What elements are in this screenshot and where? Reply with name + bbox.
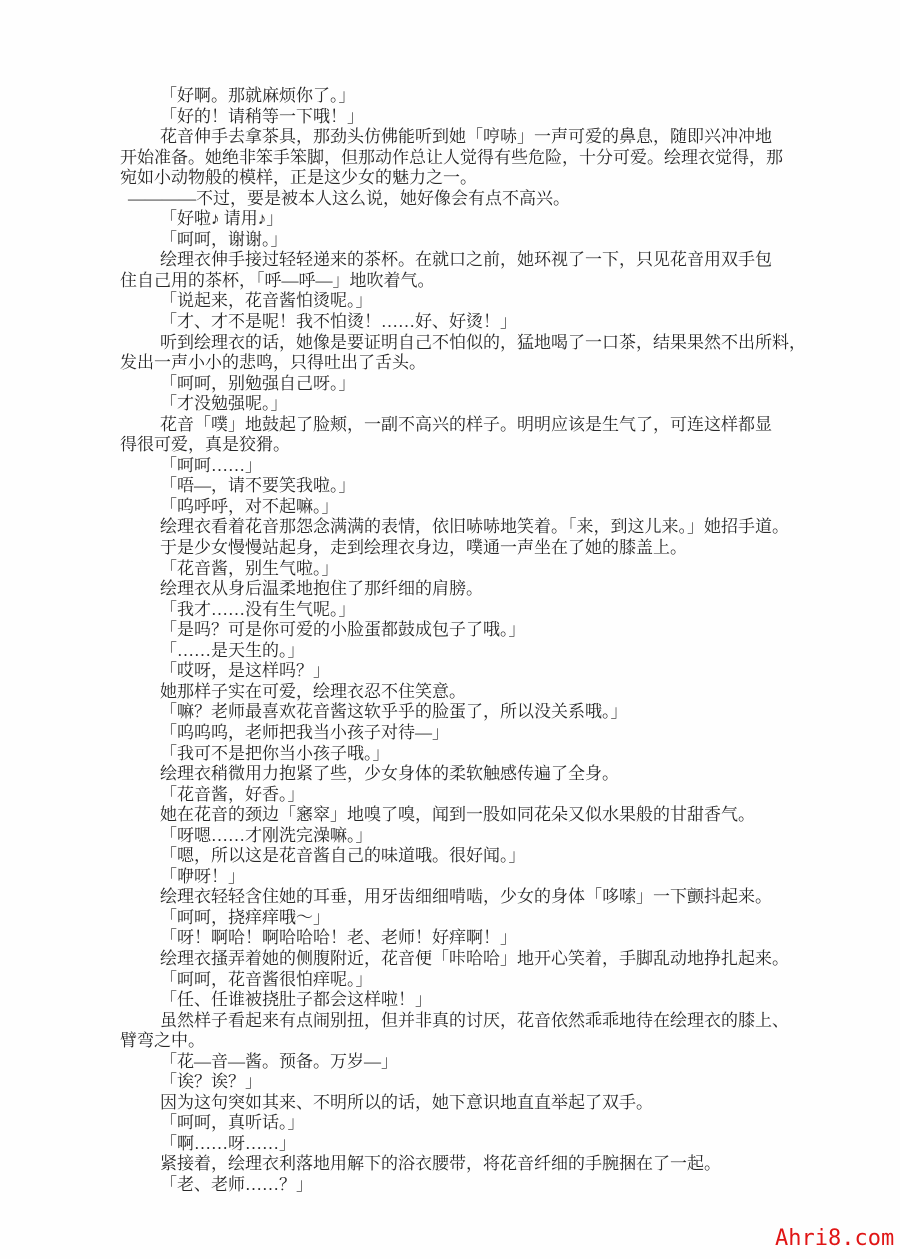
- text-line: 「任、任谁被挠肚子都会这样啦！」: [120, 990, 820, 1011]
- text-line: 「嘛？老师最喜欢花音酱这软乎乎的脸蛋了，所以没关系哦。」: [120, 702, 820, 723]
- text-line: 「呵呵，挠痒痒哦～」: [120, 908, 820, 929]
- text-line: 「花音酱，别生气啦。」: [120, 559, 820, 580]
- text-line: 于是少女慢慢站起身，走到绘理衣身边，噗通一声坐在了她的膝盖上。: [120, 538, 820, 559]
- text-line: 得很可爱，真是狡猾。: [120, 435, 820, 456]
- text-line: 开始准备。她绝非笨手笨脚，但那动作总让人觉得有些危险，十分可爱。绘理衣觉得，那: [120, 148, 820, 169]
- text-line: 「……是天生的。」: [120, 641, 820, 662]
- text-line: 「唔—，请不要笑我啦。」: [120, 476, 820, 497]
- scanned-book-page: 「好啊。那就麻烦你了。」「好的！请稍等一下哦！」花音伸手去拿茶具，那劲头仿佛能听…: [0, 0, 900, 1259]
- text-line: 「呜呼呼，对不起嘛。」: [120, 497, 820, 518]
- text-line: 「呵呵，别勉强自己呀。」: [120, 374, 820, 395]
- text-line: 「花音酱，好香。」: [120, 785, 820, 806]
- novel-text: 「好啊。那就麻烦你了。」「好的！请稍等一下哦！」花音伸手去拿茶具，那劲头仿佛能听…: [120, 86, 820, 1196]
- text-line: 「嗯，所以这是花音酱自己的味道哦。很好闻。」: [120, 846, 820, 867]
- text-line: 「好啊。那就麻烦你了。」: [120, 86, 820, 107]
- site-watermark: Ahri8.com: [775, 1224, 894, 1254]
- text-line: 「呵呵，谢谢。」: [120, 230, 820, 251]
- text-line: 「啊……呀……」: [120, 1134, 820, 1155]
- text-line: 臂弯之中。: [120, 1031, 820, 1052]
- text-line: 「才、才不是呢！我不怕烫！……好、好烫！」: [120, 312, 820, 333]
- text-line: 「好的！请稍等一下哦！」: [120, 107, 820, 128]
- text-line: 「呀嗯……才刚洗完澡嘛。」: [120, 826, 820, 847]
- text-line: 「我可不是把你当小孩子哦。」: [120, 744, 820, 765]
- text-line: 「哎呀，是这样吗？」: [120, 661, 820, 682]
- text-line: 「呀！啊哈！啊哈哈哈！老、老师！好痒啊！」: [120, 928, 820, 949]
- text-line: 宛如小动物般的模样，正是这少女的魅力之一。: [120, 168, 820, 189]
- text-line: 「呵呵，花音酱很怕痒呢。」: [120, 970, 820, 991]
- text-line: 她那样子实在可爱，绘理衣忍不住笑意。: [120, 682, 820, 703]
- text-line: 「是吗？可是你可爱的小脸蛋都鼓成包子了哦。」: [120, 620, 820, 641]
- text-line: 花音伸手去拿茶具，那劲头仿佛能听到她「哼哧」一声可爱的鼻息，随即兴冲冲地: [120, 127, 820, 148]
- text-line: 绘理衣轻轻含住她的耳垂，用牙齿细细啃啮，少女的身体「哆嗦」一下颤抖起来。: [120, 887, 820, 908]
- text-line: 发出一声小小的悲鸣，只得吐出了舌头。: [120, 353, 820, 374]
- text-line: 绘理衣伸手接过轻轻递来的茶杯。在就口之前，她环视了一下，只见花音用双手包: [120, 250, 820, 271]
- text-line: 住自己用的茶杯，「呼—呼—」地吹着气。: [120, 271, 820, 292]
- text-line: 绘理衣搔弄着她的侧腹附近，花音便「咔哈哈」地开心笑着，手脚乱动地挣扎起来。: [120, 949, 820, 970]
- text-line: 「老、老师……？」: [120, 1175, 820, 1196]
- text-line: 「咿呀！」: [120, 867, 820, 888]
- text-line: 绘理衣稍微用力抱紧了些，少女身体的柔软触感传遍了全身。: [120, 764, 820, 785]
- text-line: 「说起来，花音酱怕烫呢。」: [120, 291, 820, 312]
- text-line: 「呜呜呜，老师把我当小孩子对待—」: [120, 723, 820, 744]
- text-line: 她在花音的颈边「窸窣」地嗅了嗅，闻到一股如同花朵又似水果般的甘甜香气。: [120, 805, 820, 826]
- text-line: 虽然样子看起来有点闹别扭，但并非真的讨厌，花音依然乖乖地待在绘理衣的膝上、: [120, 1011, 820, 1032]
- text-line: 绘理衣从身后温柔地抱住了那纤细的肩膀。: [120, 579, 820, 600]
- text-line: 紧接着，绘理衣利落地用解下的浴衣腰带，将花音纤细的手腕捆在了一起。: [120, 1154, 820, 1175]
- text-line: 花音「噗」地鼓起了脸颊，一副不高兴的样子。明明应该是生气了，可连这样都显: [120, 415, 820, 436]
- text-line: 「呵呵，真听话。」: [120, 1113, 820, 1134]
- text-line: 「诶？诶？」: [120, 1072, 820, 1093]
- text-line: 「我才……没有生气呢。」: [120, 600, 820, 621]
- text-line: ————不过，要是被本人这么说，她好像会有点不高兴。: [120, 189, 820, 210]
- text-line: 「才没勉强呢。」: [120, 394, 820, 415]
- text-line: 「好啦♪ 请用♪」: [120, 209, 820, 230]
- text-line: 听到绘理衣的话，她像是要证明自己不怕似的，猛地喝了一口茶，结果果然不出所料，: [120, 333, 820, 354]
- text-line: 因为这句突如其来、不明所以的话，她下意识地直直举起了双手。: [120, 1093, 820, 1114]
- text-line: 绘理衣看着花音那怨念满满的表情，依旧哧哧地笑着。「来，到这儿来。」她招手道。: [120, 517, 820, 538]
- text-line: 「呵呵……」: [120, 456, 820, 477]
- text-line: 「花—音—酱。预备。万岁—」: [120, 1052, 820, 1073]
